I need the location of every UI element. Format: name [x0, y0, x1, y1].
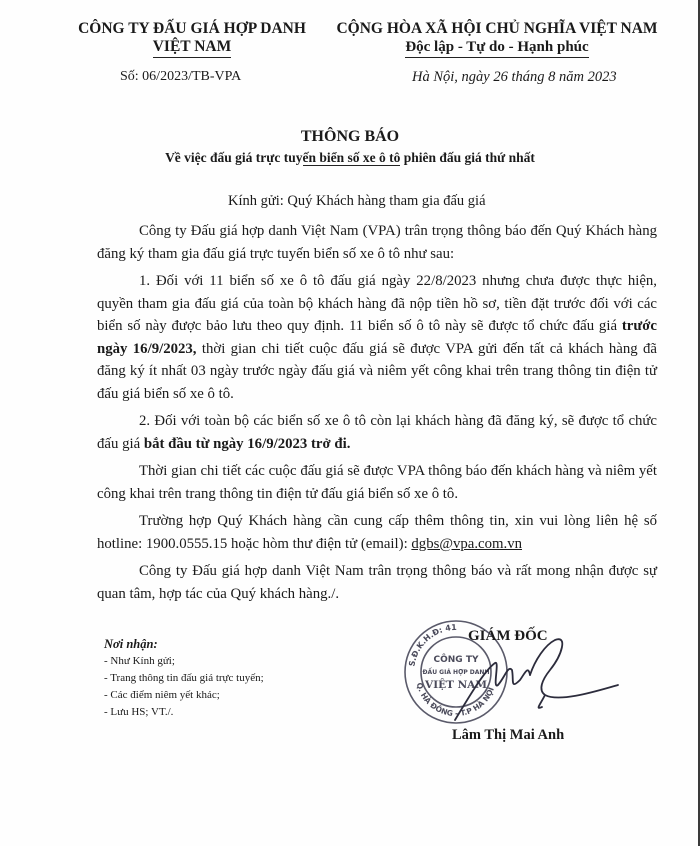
recipients-title: Nơi nhận:	[104, 636, 264, 653]
schedule-paragraph: Thời gian chi tiết các cuộc đấu giá sẽ đ…	[97, 460, 657, 505]
document-body: Công ty Đấu giá hợp danh Việt Nam (VPA) …	[97, 220, 657, 610]
recipients-block: Nơi nhận: - Như Kính gửi; - Trang thông …	[104, 636, 264, 721]
subtitle-part: Về việc đấu giá trực tuy	[165, 150, 302, 165]
organization-name-line2: VIỆT NAM	[153, 38, 232, 58]
signer-name: Lâm Thị Mai Anh	[452, 727, 564, 744]
subtitle-part: phiên đấu giá thứ nhất	[400, 150, 535, 165]
item-2-paragraph: 2. Đối với toàn bộ các biển số xe ô tô c…	[97, 410, 657, 455]
recipient-item: - Trang thông tin đấu giá trực tuyến;	[104, 670, 264, 687]
handwritten-signature-icon	[450, 635, 620, 730]
document-title: THÔNG BÁO	[0, 128, 700, 146]
recipient-item: - Như Kính gửi;	[104, 653, 264, 670]
greeting: Kính gửi: Quý Khách hàng tham gia đấu gi…	[228, 193, 486, 210]
closing-paragraph: Công ty Đấu giá hợp danh Việt Nam trân t…	[97, 560, 657, 605]
subtitle-underlined-part: ến biển số xe ô tô	[303, 150, 401, 166]
document-subtitle: Về việc đấu giá trực tuyến biển số xe ô …	[0, 150, 700, 166]
document-number: Số: 06/2023/TB-VPA	[120, 69, 241, 85]
start-date-bold: bắt đầu từ ngày 16/9/2023 trở đi.	[144, 436, 351, 452]
recipient-item: - Các điểm niêm yết khác;	[104, 687, 264, 704]
national-header: CỘNG HÒA XÃ HỘI CHỦ NGHĨA VIỆT NAM Độc l…	[322, 20, 672, 58]
email-link[interactable]: dgbs@vpa.com.vn	[411, 536, 522, 552]
place-and-date: Hà Nội, ngày 26 tháng 8 năm 2023	[412, 69, 617, 86]
national-motto: Độc lập - Tự do - Hạnh phúc	[405, 38, 588, 58]
intro-paragraph: Công ty Đấu giá hợp danh Việt Nam (VPA) …	[97, 220, 657, 265]
paragraph-text: 1. Đối với 11 biển số xe ô tô đấu giá ng…	[97, 273, 657, 334]
item-1-paragraph: 1. Đối với 11 biển số xe ô tô đấu giá ng…	[97, 270, 657, 405]
paragraph-text: Trường hợp Quý Khách hàng cần cung cấp t…	[97, 513, 657, 552]
recipient-item: - Lưu HS; VT./.	[104, 704, 264, 721]
organization-name-line1: CÔNG TY ĐẤU GIÁ HỢP DANH	[72, 20, 312, 38]
issuing-organization: CÔNG TY ĐẤU GIÁ HỢP DANH VIỆT NAM	[72, 20, 312, 58]
contact-paragraph: Trường hợp Quý Khách hàng cần cung cấp t…	[97, 510, 657, 555]
country-name: CỘNG HÒA XÃ HỘI CHỦ NGHĨA VIỆT NAM	[322, 20, 672, 38]
